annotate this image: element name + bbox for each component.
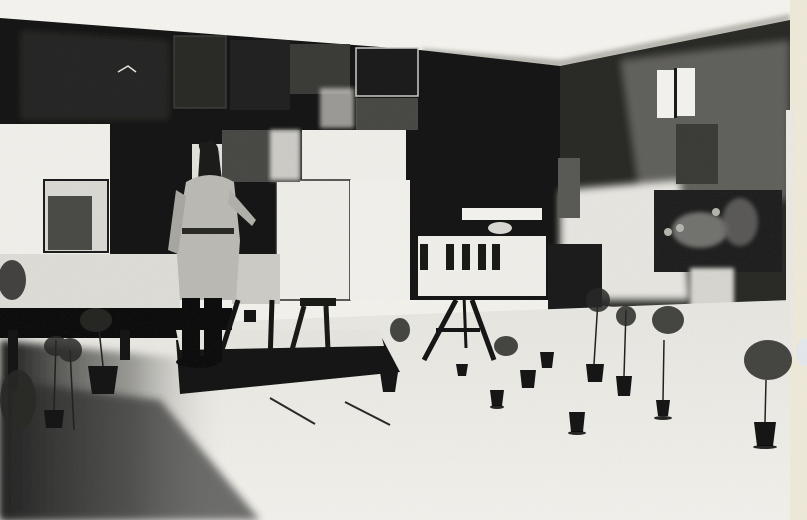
photo-canvas (0, 0, 807, 520)
studio-photograph: Artist's studio interior Black-and-white… (0, 0, 807, 520)
